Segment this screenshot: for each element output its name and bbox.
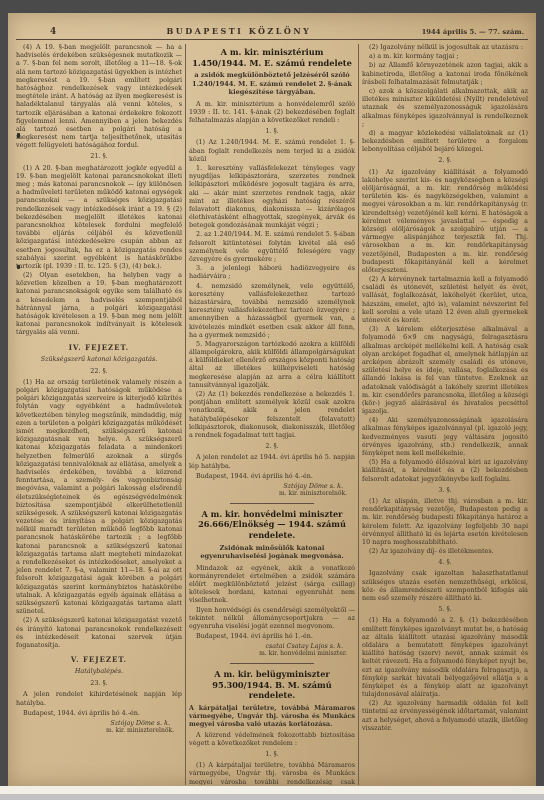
block-section: 23. §. (16, 679, 182, 687)
block-p: (2) Az igazolvány harmadik oldalán fel k… (362, 699, 528, 732)
block-sig: Sztójay Döme s. k. (16, 719, 170, 727)
block-p: A jelen rendelet az 1944. évi április hó… (189, 453, 355, 469)
block-p: (1) Ha az ország területének valamely ré… (16, 378, 182, 615)
block-p: Igazolvány csak igazoltan halaszthatatla… (362, 569, 528, 602)
scan-bottom-strip (0, 794, 544, 800)
block-p: (1) Az igazolvány kiállítását a folyamod… (362, 168, 528, 274)
block-p: 5. Magyarországon tartózkodó azokra a kü… (189, 340, 355, 389)
block-p: Mindazok az egyének, akik a vonatkozó ko… (189, 564, 355, 605)
block-p: A közrend védelmének fokozottabb biztosí… (189, 731, 355, 747)
block-p: (2) Igazolvány nélkül is jogosultak az u… (362, 43, 528, 51)
block-p: (2) A kérvénynek tartalmaznia kell a fol… (362, 275, 528, 324)
block-title: A m. kir. honvédelmi miniszter 26.666/El… (189, 509, 355, 541)
scan-artifact (17, 133, 20, 138)
block-p: (5) Ha a folyamodó élőszóval kéri az iga… (362, 458, 528, 483)
block-p: (1) A kárpátaljai területre, továbbá Már… (189, 761, 355, 785)
block-section: 4. §. (362, 558, 528, 566)
block-title: A m. kir. belügyminiszter 95.300/1944. B… (189, 669, 355, 701)
block-boldsub: a zsidók megkülönböztető jelzéséről szól… (189, 71, 355, 96)
block-p: (4) A 19. §-ban megjelölt parancsnok — h… (16, 43, 182, 149)
block-p: 1. keresztény vallásfelekezet tényleges … (189, 164, 355, 230)
block-sig: Sztójay Döme s. k. (189, 482, 343, 490)
column-1: (4) A 19. §-ban megjelölt parancsnok — h… (13, 43, 185, 785)
block-p: (1) Az 1.240/1944. M. E. számú rendelet … (189, 138, 355, 163)
gazette-page: 4 BUDAPESTI KÖZLÖNY 1944 április 5. — 77… (8, 13, 536, 786)
block-section: 2. §. (189, 442, 355, 450)
block-sigrole: m. kir. miniszterelnök. (189, 490, 347, 498)
block-subtitle: Szükségszerű katonai közigazgatás. (16, 355, 182, 363)
block-section: 22. §. (16, 367, 182, 375)
block-p: (2) A szükségszerű katonai közigazgatást… (16, 616, 182, 649)
block-section: 5. §. (362, 605, 528, 613)
block-p: (4) Aki személyazonosságának igazolására… (362, 416, 528, 457)
block-p: (2) Az (1) bekezdés rendelkezése a bekez… (189, 390, 355, 439)
block-p: (2) Olyan esetekben, ha helyben vagy a k… (16, 271, 182, 337)
block-section: 1. §. (189, 750, 355, 758)
block-boldp: A kárpátaljai területre, továbbá Máramar… (189, 704, 355, 729)
block-p: A m. kir. minisztérium a honvédelemről s… (189, 100, 355, 125)
block-p: 4. nemzsidó személynek, vele együttélő, … (189, 282, 355, 339)
block-title: A m. kir. minisztérium 1.450/1944. M. E.… (189, 47, 355, 68)
page-bottom-edge (0, 786, 544, 794)
block-rule (230, 663, 314, 664)
block-boldsub: Zsidónak minősülők katonai egyenruhavise… (189, 544, 355, 561)
block-section: 3. §. (362, 486, 528, 494)
column-3: (2) Igazolvány nélkül is jogosultak az u… (359, 43, 531, 785)
scan-background: 4 BUDAPESTI KÖZLÖNY 1944 április 5. — 77… (0, 0, 544, 800)
block-rule (230, 503, 314, 504)
block-p: d) a magyar közlekedési vállalatoknak az… (362, 129, 528, 154)
block-sig: csatai Csatay Lajos s. k. (189, 642, 343, 650)
text-columns: (4) A 19. §-ban megjelölt parancsnok — h… (8, 40, 536, 785)
page-header: 4 BUDAPESTI KÖZLÖNY 1944 április 5. — 77… (16, 26, 528, 40)
masthead: BUDAPESTI KÖZLÖNY (56, 26, 421, 36)
block-p: 2. az 1.240/1944. M. E. számú rendelet 5… (189, 230, 355, 263)
block-p: c) azok a közszolgálati alkalmazottak, a… (362, 87, 528, 128)
block-subtitle: Hatálybalépés. (16, 667, 182, 675)
issue-info: 1944 április 5. — 77. szám. (422, 28, 524, 36)
block-date: Budapest, 1944. évi április hó 4.-én. (16, 709, 182, 717)
block-p: (1) Az alispán, illetve thj. városban a … (362, 497, 528, 546)
block-p: a) a m. kir. kormány tagjai ; (362, 52, 528, 60)
block-p: Ilyen honvédségi és csendőrségi személye… (189, 606, 355, 631)
block-section: 21. §. (16, 152, 182, 160)
block-p: (1) A 20. §-ban meghatározott jogkör egy… (16, 164, 182, 270)
column-2: A m. kir. minisztérium 1.450/1944. M. E.… (186, 43, 358, 785)
block-section: 2. §. (362, 156, 528, 164)
block-date: Budapest, 1944. évi április hó 4.-én. (189, 472, 355, 480)
block-p: (2) Az igazolvány díj- és illetékmentes. (362, 547, 528, 555)
block-p: b) az Államfő környezetének azon tagjai,… (362, 61, 528, 86)
block-p: 3. a jelenlegi háború hadiözvegyeire és … (189, 264, 355, 280)
block-chapter: IV. FEJEZET. (16, 344, 182, 353)
block-p: A jelen rendelet kihirdetésének napján l… (16, 690, 182, 706)
block-sigrole: m. kir. honvédelmi miniszter. (189, 650, 347, 658)
block-sigrole: m. kir. miniszterelnök. (16, 727, 174, 735)
block-p: (3) A kérelem előterjesztése alkalmával … (362, 325, 528, 415)
block-chapter: V. FEJEZET. (16, 656, 182, 665)
block-section: 1. §. (189, 127, 355, 135)
scan-artifact (17, 265, 20, 269)
block-p: (1) Ha a folyamodó a 2. §. (1) bekezdésé… (362, 616, 528, 698)
block-date: Budapest, 1944. évi április hó 1.-én. (189, 632, 355, 640)
